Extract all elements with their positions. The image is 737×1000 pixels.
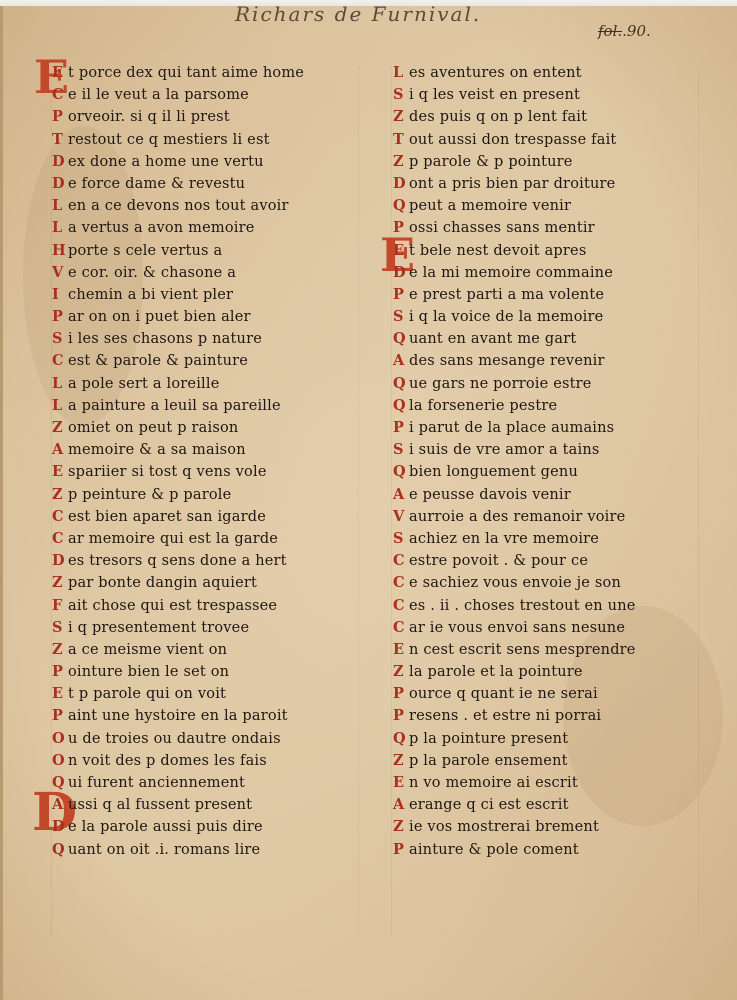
verse-text: estre povoit . & pour ce: [409, 550, 588, 572]
rubricated-initial: T: [52, 129, 68, 151]
verse-line: Len a ce devons nos tout avoir: [52, 195, 352, 217]
rubricated-initial: A: [393, 484, 409, 506]
rubricated-initial: C: [52, 528, 68, 550]
verse-line: Cest & parole & painture: [52, 350, 352, 372]
rubricated-initial: E: [393, 240, 409, 262]
rubricated-initial: E: [52, 461, 68, 483]
verse-text: e la parole aussi puis dire: [68, 816, 263, 838]
rubricated-initial: C: [52, 350, 68, 372]
verse-line: De la parole aussi puis dire: [52, 816, 352, 838]
verse-text: n voit des p domes les fais: [68, 750, 267, 772]
verse-line: Ces . ii . choses trestout en une: [393, 595, 693, 617]
verse-line: Si q la voice de la memoire: [393, 306, 693, 328]
verse-text: ource q quant ie ne serai: [409, 683, 598, 705]
verse-text: en a ce devons nos tout avoir: [68, 195, 289, 217]
verse-line: La vertus a avon memoire: [52, 217, 352, 239]
verse-text: resens . et estre ni porrai: [409, 705, 601, 727]
verse-line: Ou de troies ou dautre ondais: [52, 728, 352, 750]
verse-line: Porveoir. si q il li prest: [52, 106, 352, 128]
verse-line: Zp parole & p pointure: [393, 151, 693, 173]
verse-line: Ichemin a bi vient pler: [52, 284, 352, 306]
rubricated-initial: A: [52, 794, 68, 816]
rubricated-initial: Q: [393, 728, 409, 750]
verse-line: Quant en avant me gart: [393, 328, 693, 350]
rubricated-initial: A: [393, 794, 409, 816]
verse-text: e cor. oir. & chasone a: [68, 262, 236, 284]
verse-text: i parut de la place aumains: [409, 417, 614, 439]
rubricated-initial: D: [393, 262, 409, 284]
text-column-right: Les aventures on ententSi q les veist en…: [393, 62, 693, 861]
verse-text: achiez en la vre memoire: [409, 528, 599, 550]
rubricated-initial: D: [393, 173, 409, 195]
rubricated-initial: P: [393, 217, 409, 239]
verse-line: Qla forsenerie pestre: [393, 395, 693, 417]
verse-text: ie vos mostrerai brement: [409, 816, 599, 838]
verse-text: es tresors q sens done a hert: [68, 550, 287, 572]
verse-line: La painture a leuil sa pareille: [52, 395, 352, 417]
verse-line: Sachiez en la vre memoire: [393, 528, 693, 550]
verse-line: Hporte s cele vertus a: [52, 240, 352, 262]
verse-text: ossi chasses sans mentir: [409, 217, 595, 239]
rubricated-initial: D: [52, 550, 68, 572]
verse-text: ex done a home une vertu: [68, 151, 264, 173]
verse-line: En cest escrit sens mesprendre: [393, 639, 693, 661]
verse-line: Zp peinture & p parole: [52, 484, 352, 506]
verse-text: e il le veut a la parsome: [68, 84, 249, 106]
verse-line: Et porce dex qui tant aime home: [52, 62, 352, 84]
rubricated-initial: Q: [393, 328, 409, 350]
verse-line: Par on on i puet bien aler: [52, 306, 352, 328]
rubricated-initial: C: [52, 84, 68, 106]
rubricated-initial: P: [393, 705, 409, 727]
rubricated-initial: Z: [393, 661, 409, 683]
rubricated-initial: P: [393, 839, 409, 861]
verse-line: En vo memoire ai escrit: [393, 772, 693, 794]
verse-line: Si q presentement trovee: [52, 617, 352, 639]
rubricated-initial: A: [393, 350, 409, 372]
verse-line: De force dame & revestu: [52, 173, 352, 195]
folio-value: .90.: [622, 22, 651, 40]
verse-line: Pointure bien le set on: [52, 661, 352, 683]
rubricated-initial: P: [52, 306, 68, 328]
verse-line: Ce il le veut a la parsome: [52, 84, 352, 106]
verse-line: Et bele nest devoit apres: [393, 240, 693, 262]
rubricated-initial: P: [52, 705, 68, 727]
verse-text: a painture a leuil sa pareille: [68, 395, 281, 417]
verse-text: la forsenerie pestre: [409, 395, 557, 417]
verse-text: n cest escrit sens mesprendre: [409, 639, 636, 661]
verse-text: e prest parti a ma volente: [409, 284, 604, 306]
verse-text: des puis q on p lent fait: [409, 106, 587, 128]
verse-text: out aussi don trespasse fait: [409, 129, 616, 151]
verse-line: Vaurroie a des remanoir voire: [393, 506, 693, 528]
rubricated-initial: Z: [393, 151, 409, 173]
rubricated-initial: Z: [393, 816, 409, 838]
verse-line: Et p parole qui on voit: [52, 683, 352, 705]
verse-text: t bele nest devoit apres: [409, 240, 586, 262]
rubricated-initial: S: [393, 84, 409, 106]
verse-text: uant en avant me gart: [409, 328, 576, 350]
rubricated-initial: Z: [52, 417, 68, 439]
verse-line: Possi chasses sans mentir: [393, 217, 693, 239]
verse-text: p la parole ensement: [409, 750, 568, 772]
verse-line: Ades sans mesange revenir: [393, 350, 693, 372]
verse-text: es aventures on entent: [409, 62, 582, 84]
rubricated-initial: E: [52, 683, 68, 705]
verse-text: des sans mesange revenir: [409, 350, 605, 372]
verse-text: aurroie a des remanoir voire: [409, 506, 625, 528]
verse-text: es . ii . choses trestout en une: [409, 595, 636, 617]
rubricated-initial: F: [52, 595, 68, 617]
rubricated-initial: C: [393, 550, 409, 572]
rubricated-initial: S: [393, 439, 409, 461]
verse-text: i q la voice de la memoire: [409, 306, 603, 328]
rubricated-initial: Q: [393, 461, 409, 483]
verse-text: bien longuement genu: [409, 461, 578, 483]
verse-line: Za ce meisme vient on: [52, 639, 352, 661]
rubricated-initial: E: [52, 62, 68, 84]
verse-line: Qpeut a memoire venir: [393, 195, 693, 217]
verse-line: Pource q quant ie ne serai: [393, 683, 693, 705]
verse-line: Cestre povoit . & pour ce: [393, 550, 693, 572]
verse-text: a ce meisme vient on: [68, 639, 227, 661]
rubricated-initial: P: [52, 661, 68, 683]
rubricated-initial: O: [52, 750, 68, 772]
verse-line: Zdes puis q on p lent fait: [393, 106, 693, 128]
rubricated-initial: P: [393, 284, 409, 306]
rubricated-initial: C: [393, 617, 409, 639]
verse-line: On voit des p domes les fais: [52, 750, 352, 772]
verse-text: restout ce q mestiers li est: [68, 129, 270, 151]
verse-line: Car ie vous envoi sans nesune: [393, 617, 693, 639]
verse-text: a pole sert a loreille: [68, 373, 220, 395]
verse-line: Espariier si tost q vens vole: [52, 461, 352, 483]
rubricated-initial: Z: [52, 484, 68, 506]
verse-text: ar ie vous envoi sans nesune: [409, 617, 625, 639]
verse-line: Pi parut de la place aumains: [393, 417, 693, 439]
verse-line: Dont a pris bien par droiture: [393, 173, 693, 195]
verse-line: Ae peusse davois venir: [393, 484, 693, 506]
verse-line: Zp la parole ensement: [393, 750, 693, 772]
verse-text: ont a pris bien par droiture: [409, 173, 615, 195]
verse-line: Ve cor. oir. & chasone a: [52, 262, 352, 284]
verse-text: i les ses chasons p nature: [68, 328, 262, 350]
verse-text: e peusse davois venir: [409, 484, 571, 506]
verse-text: orveoir. si q il li prest: [68, 106, 230, 128]
rubricated-initial: Q: [52, 772, 68, 794]
rubricated-initial: C: [393, 595, 409, 617]
folio-struck: fol.: [598, 22, 622, 40]
verse-line: Qp la pointure present: [393, 728, 693, 750]
verse-line: Car memoire qui est la garde: [52, 528, 352, 550]
verse-line: Des tresors q sens done a hert: [52, 550, 352, 572]
rubricated-initial: O: [52, 728, 68, 750]
rubricated-initial: Z: [52, 639, 68, 661]
verse-line: Painture & pole coment: [393, 839, 693, 861]
verse-text: ussi q al fussent present: [68, 794, 252, 816]
verse-line: Qbien longuement genu: [393, 461, 693, 483]
verse-line: Fait chose qui est trespassee: [52, 595, 352, 617]
verse-line: Les aventures on entent: [393, 62, 693, 84]
rubricated-initial: H: [52, 240, 68, 262]
verse-text: t porce dex qui tant aime home: [68, 62, 304, 84]
verse-line: Quant on oit .i. romans lire: [52, 839, 352, 861]
rubricated-initial: P: [393, 683, 409, 705]
verse-line: Pe prest parti a ma volente: [393, 284, 693, 306]
rubricated-initial: Q: [393, 373, 409, 395]
verse-text: a vertus a avon memoire: [68, 217, 255, 239]
rubricated-initial: A: [52, 439, 68, 461]
rubricated-initial: I: [52, 284, 68, 306]
rubricated-initial: V: [393, 506, 409, 528]
verse-line: Que gars ne porroie estre: [393, 373, 693, 395]
rubricated-initial: S: [52, 617, 68, 639]
verse-text: n vo memoire ai escrit: [409, 772, 578, 794]
rubricated-initial: E: [393, 772, 409, 794]
folio-number: fol..90.: [598, 22, 651, 40]
verse-line: De la mi memoire commaine: [393, 262, 693, 284]
verse-text: ar on on i puet bien aler: [68, 306, 251, 328]
rubricated-initial: L: [52, 195, 68, 217]
rubricated-initial: T: [393, 129, 409, 151]
verse-text: t p parole qui on voit: [68, 683, 226, 705]
verse-line: Si q les veist en present: [393, 84, 693, 106]
rubricated-initial: D: [52, 173, 68, 195]
verse-line: Cest bien aparet san igarde: [52, 506, 352, 528]
verse-text: i suis de vre amor a tains: [409, 439, 600, 461]
verse-line: Zla parole et la pointure: [393, 661, 693, 683]
verse-line: Zomiet on peut p raison: [52, 417, 352, 439]
verse-text: u de troies ou dautre ondais: [68, 728, 281, 750]
verse-line: Ce sachiez vous envoie je son: [393, 572, 693, 594]
verse-text: uant on oit .i. romans lire: [68, 839, 260, 861]
rubricated-initial: D: [52, 816, 68, 838]
verse-text: chemin a bi vient pler: [68, 284, 233, 306]
rubricated-initial: Q: [52, 839, 68, 861]
rubricated-initial: Q: [393, 195, 409, 217]
rubricated-initial: L: [52, 373, 68, 395]
rubricated-initial: S: [393, 528, 409, 550]
verse-line: Paint une hystoire en la paroit: [52, 705, 352, 727]
verse-line: Zie vos mostrerai brement: [393, 816, 693, 838]
rubricated-initial: S: [52, 328, 68, 350]
verse-text: peut a memoire venir: [409, 195, 571, 217]
verse-text: omiet on peut p raison: [68, 417, 238, 439]
ruling-line: [391, 66, 392, 936]
verse-text: ar memoire qui est la garde: [68, 528, 278, 550]
text-column-left: Et porce dex qui tant aime homeCe il le …: [52, 62, 352, 861]
verse-line: Amemoire & a sa maison: [52, 439, 352, 461]
rubricated-initial: C: [393, 572, 409, 594]
rubricated-initial: V: [52, 262, 68, 284]
verse-line: Dex done a home une vertu: [52, 151, 352, 173]
verse-text: erange q ci est escrit: [409, 794, 569, 816]
verse-text: est & parole & painture: [68, 350, 248, 372]
verse-line: La pole sert a loreille: [52, 373, 352, 395]
verse-text: ue gars ne porroie estre: [409, 373, 592, 395]
rubricated-initial: L: [52, 395, 68, 417]
rubricated-initial: Z: [393, 106, 409, 128]
verse-text: p peinture & p parole: [68, 484, 231, 506]
verse-line: Si les ses chasons p nature: [52, 328, 352, 350]
verse-text: par bonte dangin aquiert: [68, 572, 257, 594]
verse-text: memoire & a sa maison: [68, 439, 246, 461]
verse-text: ainture & pole coment: [409, 839, 579, 861]
verse-line: Presens . et estre ni porrai: [393, 705, 693, 727]
verse-text: est bien aparet san igarde: [68, 506, 266, 528]
rubricated-initial: D: [52, 151, 68, 173]
verse-text: i q presentement trovee: [68, 617, 249, 639]
rubricated-initial: Z: [393, 750, 409, 772]
verse-line: Qui furent anciennement: [52, 772, 352, 794]
ruling-line: [358, 66, 359, 936]
rubricated-initial: E: [393, 639, 409, 661]
verse-line: Si suis de vre amor a tains: [393, 439, 693, 461]
verse-text: e la mi memoire commaine: [409, 262, 613, 284]
rubricated-initial: P: [393, 417, 409, 439]
verse-text: ui furent anciennement: [68, 772, 245, 794]
verse-line: Aussi q al fussent present: [52, 794, 352, 816]
verse-text: ait chose qui est trespassee: [68, 595, 277, 617]
rubricated-initial: Z: [52, 572, 68, 594]
verse-text: e sachiez vous envoie je son: [409, 572, 621, 594]
rubricated-initial: L: [393, 62, 409, 84]
header-annotation: Richars de Furnival.: [235, 2, 481, 26]
verse-text: i q les veist en present: [409, 84, 580, 106]
verse-text: porte s cele vertus a: [68, 240, 222, 262]
verse-text: spariier si tost q vens vole: [68, 461, 267, 483]
verse-text: e force dame & revestu: [68, 173, 245, 195]
verse-text: aint une hystoire en la paroit: [68, 705, 288, 727]
verse-text: p la pointure present: [409, 728, 568, 750]
rubricated-initial: C: [52, 506, 68, 528]
verse-text: p parole & p pointure: [409, 151, 573, 173]
verse-line: Zpar bonte dangin aquiert: [52, 572, 352, 594]
rubricated-initial: L: [52, 217, 68, 239]
verse-line: Tout aussi don trespasse fait: [393, 129, 693, 151]
rubricated-initial: P: [52, 106, 68, 128]
verse-text: ointure bien le set on: [68, 661, 229, 683]
verse-text: la parole et la pointure: [409, 661, 583, 683]
verse-line: Aerange q ci est escrit: [393, 794, 693, 816]
ruling-line: [698, 66, 699, 936]
rubricated-initial: Q: [393, 395, 409, 417]
rubricated-initial: S: [393, 306, 409, 328]
verse-line: Trestout ce q mestiers li est: [52, 129, 352, 151]
